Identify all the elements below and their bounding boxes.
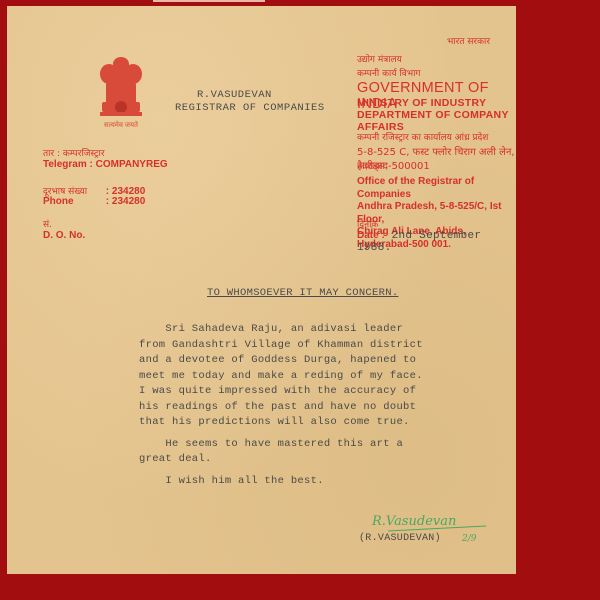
svg-text:2/9: 2/9 [461,534,477,544]
hindi-ministry: उद्योग मंत्रालय [357,52,402,65]
phone-row: Phone : 234280 [43,196,145,207]
address-line: Andhra Pradesh, 5-8-525/C, Ist Floor, [357,201,516,226]
letter-body: Sri Sahadeva Raju, an adivasi leader fro… [139,322,489,495]
hindi-government-header: भारत सरकार [447,34,490,47]
hindi-telegram: तार : कम्परजिस्ट्रार [43,146,105,159]
date-row: Date : 2nd September 1988. [357,230,516,254]
svg-text:सत्यमेव जयते: सत्यमेव जयते [104,120,139,129]
frame-accent [153,0,265,2]
letter-page: सत्यमेव जयते R.VASUDEVAN REGISTRAR OF CO… [7,6,516,574]
paragraph: Sri Sahadeva Raju, an adivasi leader fro… [139,322,489,431]
hindi-date-label: दिनांक [357,217,378,230]
paragraph: I wish him all the best. [139,474,489,490]
hindi-address-line: कम्पनी रजिस्ट्रार का कार्यालय आंध्र प्रद… [357,130,488,143]
letter-subject: TO WHOMSOEVER IT MAY CONCERN. [207,287,398,299]
state-emblem-icon: सत्यमेव जयते [92,52,150,132]
signatory-name: (R.VASUDEVAN) [359,533,441,544]
hindi-address-line: हैदराबाद-500001 [357,158,430,172]
address-line: Office of the Registrar of Companies [357,176,516,201]
sender-title: REGISTRAR OF COMPANIES [175,102,325,114]
hindi-ref-label: सं. [43,217,52,230]
phone-label: Phone [43,196,103,207]
phone-value: : 234280 [106,196,145,207]
svg-text:R.Vasudevan: R.Vasudevan [371,514,456,529]
date-label: Date : [357,230,385,241]
telegram-address: Telegram : COMPANYREG [43,159,168,170]
sender-name: R.VASUDEVAN [197,89,272,102]
ref-number-label: D. O. No. [43,230,85,241]
paragraph: He seems to have mastered this art a gre… [139,437,489,468]
hindi-department: कम्पनी कार्य विभाग [357,66,420,79]
ministry-heading: MINISTRY OF INDUSTRY [357,97,486,109]
